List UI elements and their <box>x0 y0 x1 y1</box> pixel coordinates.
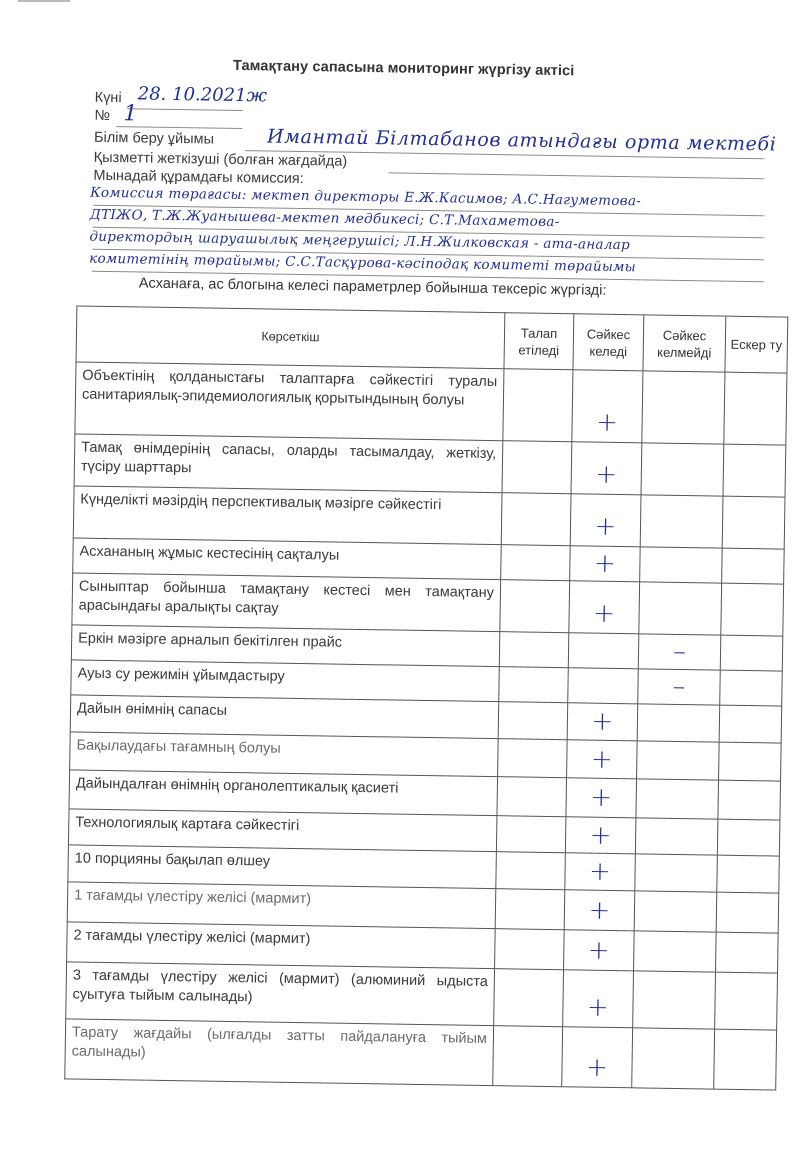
criterion-cell: 2 тағамды үлестіру желісі (мармит) <box>67 922 496 969</box>
non-compliant-cell[interactable] <box>633 971 716 1029</box>
note-cell[interactable] <box>715 972 778 1030</box>
note-cell[interactable] <box>721 583 784 636</box>
required-cell[interactable] <box>496 852 566 890</box>
criterion-cell: Күнделікті мәзірдің перспективалық мәзір… <box>73 486 502 545</box>
number-label: № <box>94 108 110 124</box>
criterion-cell: 3 тағамды үлестіру желісі (мармит) (алюм… <box>66 962 495 1026</box>
note-cell[interactable] <box>722 496 785 549</box>
compliant-cell[interactable]: + <box>567 740 638 779</box>
non-compliant-cell[interactable] <box>640 495 723 548</box>
non-compliant-cell[interactable] <box>641 443 724 496</box>
commission-label: Мынадай құрамдағы комиссия: <box>93 168 304 187</box>
note-cell[interactable] <box>717 855 780 893</box>
non-compliant-cell[interactable]: – <box>638 669 721 705</box>
note-cell[interactable] <box>719 705 782 743</box>
note-cell[interactable] <box>724 372 787 445</box>
compliant-cell[interactable]: + <box>569 581 640 634</box>
supplier-field: Қызметті жеткізуші (болған жағдайда) <box>94 150 348 170</box>
note-cell[interactable] <box>717 819 780 856</box>
organization-field: Білім беру ұйымы <box>94 130 214 148</box>
non-compliant-cell[interactable] <box>635 854 718 892</box>
note-cell[interactable] <box>714 1029 777 1090</box>
criterion-cell: Тарату жағдайы (ылғалды затты пайдалануғ… <box>65 1019 494 1086</box>
required-cell[interactable] <box>495 889 565 930</box>
criterion-cell: Тамақ өнімдерінің сапасы, оларды тасымал… <box>74 434 503 493</box>
document-title: Тамақтану сапасына мониторинг жүргізу ак… <box>0 54 807 83</box>
number-field: № <box>94 108 110 124</box>
required-cell[interactable] <box>500 580 570 633</box>
monitoring-table: Көрсеткіш Талап етіледі Сәйкес келеді Сә… <box>64 305 788 1090</box>
compliant-cell[interactable]: + <box>563 970 634 1028</box>
compliant-cell[interactable]: + <box>572 370 643 443</box>
required-cell[interactable] <box>498 739 568 778</box>
header-non-compliant: Сәйкес келмейді <box>643 315 726 372</box>
required-cell[interactable] <box>499 667 569 703</box>
required-cell[interactable] <box>494 969 564 1027</box>
non-compliant-cell[interactable] <box>637 704 720 742</box>
table-row: Тарату жағдайы (ылғалды затты пайдалануғ… <box>65 1019 777 1090</box>
compliant-cell[interactable]: + <box>570 546 641 582</box>
criterion-cell: Дайындалған өнімнің органолептикалық қас… <box>69 770 498 816</box>
note-cell[interactable] <box>716 892 779 933</box>
compliant-cell[interactable]: + <box>564 930 635 971</box>
compliant-cell[interactable]: + <box>564 890 635 931</box>
non-compliant-cell[interactable] <box>634 931 717 972</box>
compliant-cell[interactable]: + <box>571 442 642 495</box>
supplier-label: Қызметті жеткізуші (болған жағдайда) <box>94 150 348 170</box>
criterion-cell: 1 тағамды үлестіру желісі (мармит) <box>67 882 496 929</box>
compliant-cell[interactable]: + <box>570 494 641 547</box>
non-compliant-cell[interactable] <box>642 371 725 444</box>
required-cell[interactable] <box>493 1026 563 1087</box>
number-value[interactable]: 1 <box>123 101 137 126</box>
non-compliant-cell[interactable] <box>637 741 720 780</box>
note-cell[interactable] <box>722 548 785 584</box>
compliant-cell[interactable]: + <box>565 817 636 854</box>
non-compliant-cell[interactable] <box>636 779 719 819</box>
required-cell[interactable] <box>498 702 568 740</box>
non-compliant-cell[interactable] <box>635 818 718 855</box>
table-row: Объектінің қолданыстағы талаптарға сәйке… <box>75 362 787 445</box>
compliant-cell[interactable]: + <box>566 778 637 818</box>
compliant-cell[interactable]: + <box>567 703 638 741</box>
date-field: Күні <box>95 90 122 106</box>
note-cell[interactable] <box>719 742 782 781</box>
note-cell[interactable] <box>718 780 781 820</box>
required-cell[interactable] <box>502 441 572 494</box>
required-cell[interactable] <box>497 777 567 817</box>
required-cell[interactable] <box>495 929 565 970</box>
date-value[interactable]: 28. 10.2021ж <box>138 83 268 106</box>
organization-label: Білім беру ұйымы <box>94 130 214 148</box>
header-compliant: Сәйкес келеді <box>573 314 644 371</box>
non-compliant-cell[interactable] <box>632 1028 715 1089</box>
inspection-intro: Асханаға, ас блогына келесі параметрлер … <box>139 275 607 298</box>
required-cell[interactable] <box>499 632 569 668</box>
date-label: Күні <box>95 90 122 106</box>
header-criterion: Көрсеткіш <box>76 306 505 369</box>
number-rule <box>116 126 242 129</box>
required-cell[interactable] <box>501 545 571 581</box>
commission-field: Мынадай құрамдағы комиссия: <box>93 168 304 187</box>
supplier-rule <box>389 172 765 179</box>
note-cell[interactable] <box>716 932 779 973</box>
required-cell[interactable] <box>496 816 566 853</box>
compliant-cell[interactable] <box>568 633 639 669</box>
compliant-cell[interactable] <box>568 668 639 704</box>
non-compliant-cell[interactable] <box>640 547 723 583</box>
note-cell[interactable] <box>723 444 786 497</box>
compliant-cell[interactable]: + <box>565 853 636 891</box>
compliant-cell[interactable]: + <box>562 1027 633 1088</box>
criterion-cell: Сыныптар бойынша тамақтану кестесі мен т… <box>72 573 501 632</box>
criterion-cell: Объектінің қолданыстағы талаптарға сәйке… <box>75 362 504 441</box>
non-compliant-cell[interactable]: – <box>638 634 721 670</box>
note-cell[interactable] <box>720 670 783 706</box>
note-cell[interactable] <box>720 635 783 671</box>
document-page: Тамақтану сапасына мониторинг жүргізу ак… <box>0 0 807 1166</box>
header-required: Талап етіледі <box>504 313 574 370</box>
non-compliant-cell[interactable] <box>639 582 722 635</box>
non-compliant-cell[interactable] <box>634 891 717 932</box>
header-note: Ескер ту <box>725 316 788 373</box>
date-rule <box>128 108 243 111</box>
required-cell[interactable] <box>503 369 573 442</box>
required-cell[interactable] <box>501 493 571 546</box>
